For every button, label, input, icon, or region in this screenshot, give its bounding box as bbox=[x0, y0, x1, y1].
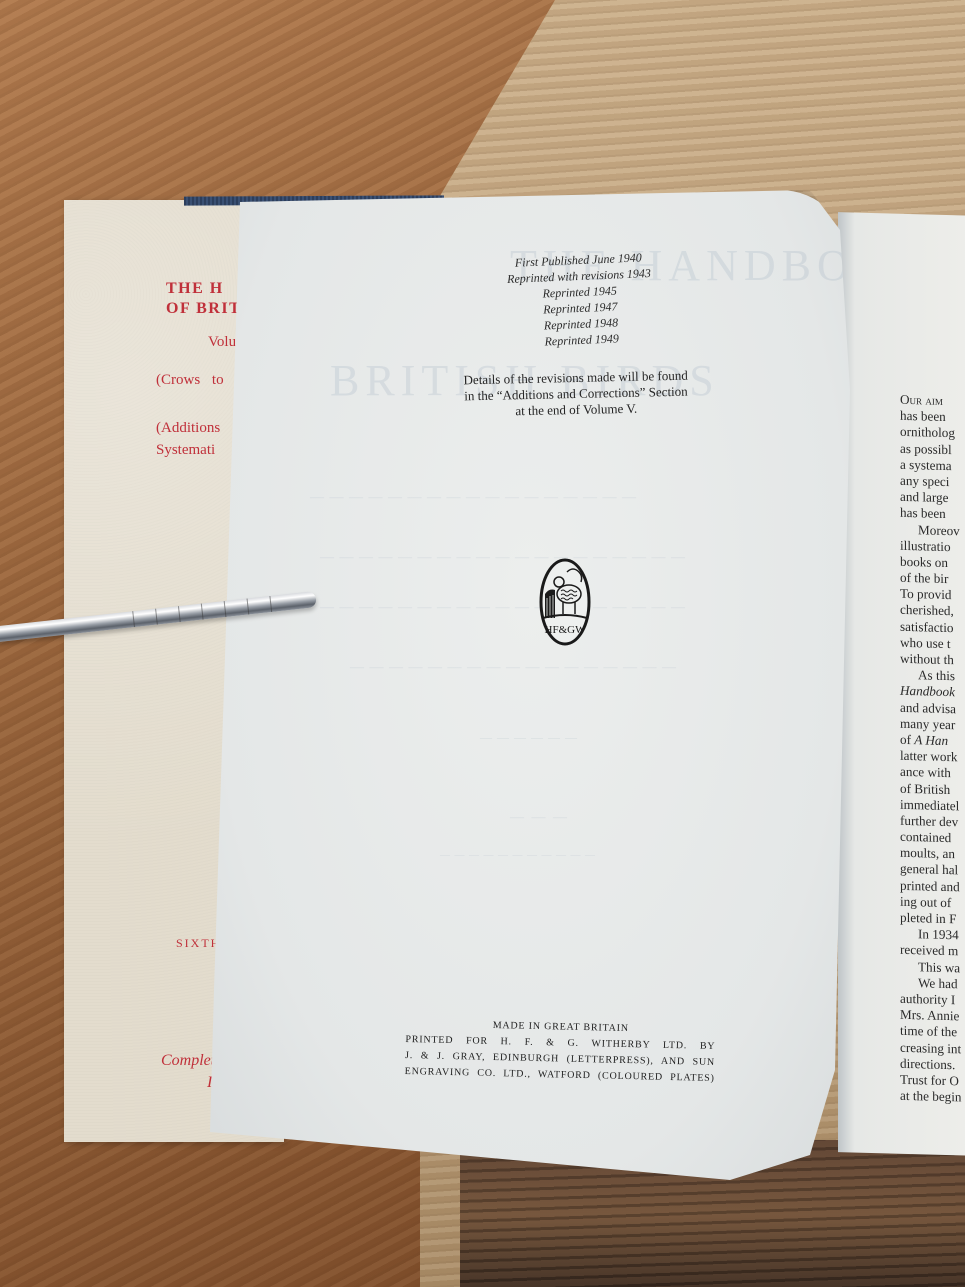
show-through-line: — — — bbox=[510, 810, 569, 826]
show-through-line: — — — — — — — — — — — — — — — — — — — bbox=[320, 550, 686, 566]
pointer-tick bbox=[224, 601, 227, 617]
show-through-line: — — — — — — — — — — — bbox=[440, 850, 596, 861]
pointer-tick bbox=[201, 604, 204, 620]
preface-line: at the begin bbox=[900, 1088, 965, 1109]
show-through-line: — — — — — — bbox=[480, 730, 578, 745]
revisions-note: Details of the revisions made will be fo… bbox=[426, 367, 727, 421]
show-through-line: — — — — — — — — — — — — — — — — — bbox=[310, 490, 637, 506]
jacket-subtitle: (Crows to bbox=[156, 372, 224, 389]
imprint-history: First Published June 1940 Reprinted with… bbox=[408, 245, 752, 355]
jacket-title-line1: THE H bbox=[166, 280, 224, 298]
jacket-edition: SIXTH bbox=[176, 936, 221, 951]
jacket-footer-line1: Complet bbox=[161, 1052, 215, 1070]
device-monogram: HF&GW bbox=[545, 624, 587, 636]
jacket-volume: Volu bbox=[208, 334, 236, 351]
preface-text: Our aimhas beenornithologas possibla sys… bbox=[900, 392, 965, 1109]
pointer-tick bbox=[178, 606, 181, 622]
jacket-additions-line1: (Additions bbox=[156, 420, 220, 437]
printer-colophon: MADE IN GREAT BRITAIN PRINTED FOR H. F. … bbox=[405, 1016, 716, 1087]
pointer-tick bbox=[132, 611, 135, 627]
show-through-line: — — — — — — — — — — — — — — — — — — — bbox=[320, 600, 686, 616]
copyright-page: THE HANDBOOK BRITISH BIRDS — — — — — — —… bbox=[210, 190, 850, 1190]
pointer-tick bbox=[155, 609, 158, 625]
pointer-tick bbox=[247, 599, 250, 615]
jacket-title-line2: OF BRIT bbox=[166, 300, 241, 318]
pointer-tick bbox=[269, 596, 272, 612]
jacket-additions-line2: Systemati bbox=[156, 442, 215, 459]
publisher-device-lamb-icon: HF&GW bbox=[539, 558, 591, 646]
show-through-line: — — — — — — — — — — — — — — — — — bbox=[350, 660, 677, 676]
facing-page: Our aimhas beenornithologas possibla sys… bbox=[838, 212, 965, 1156]
